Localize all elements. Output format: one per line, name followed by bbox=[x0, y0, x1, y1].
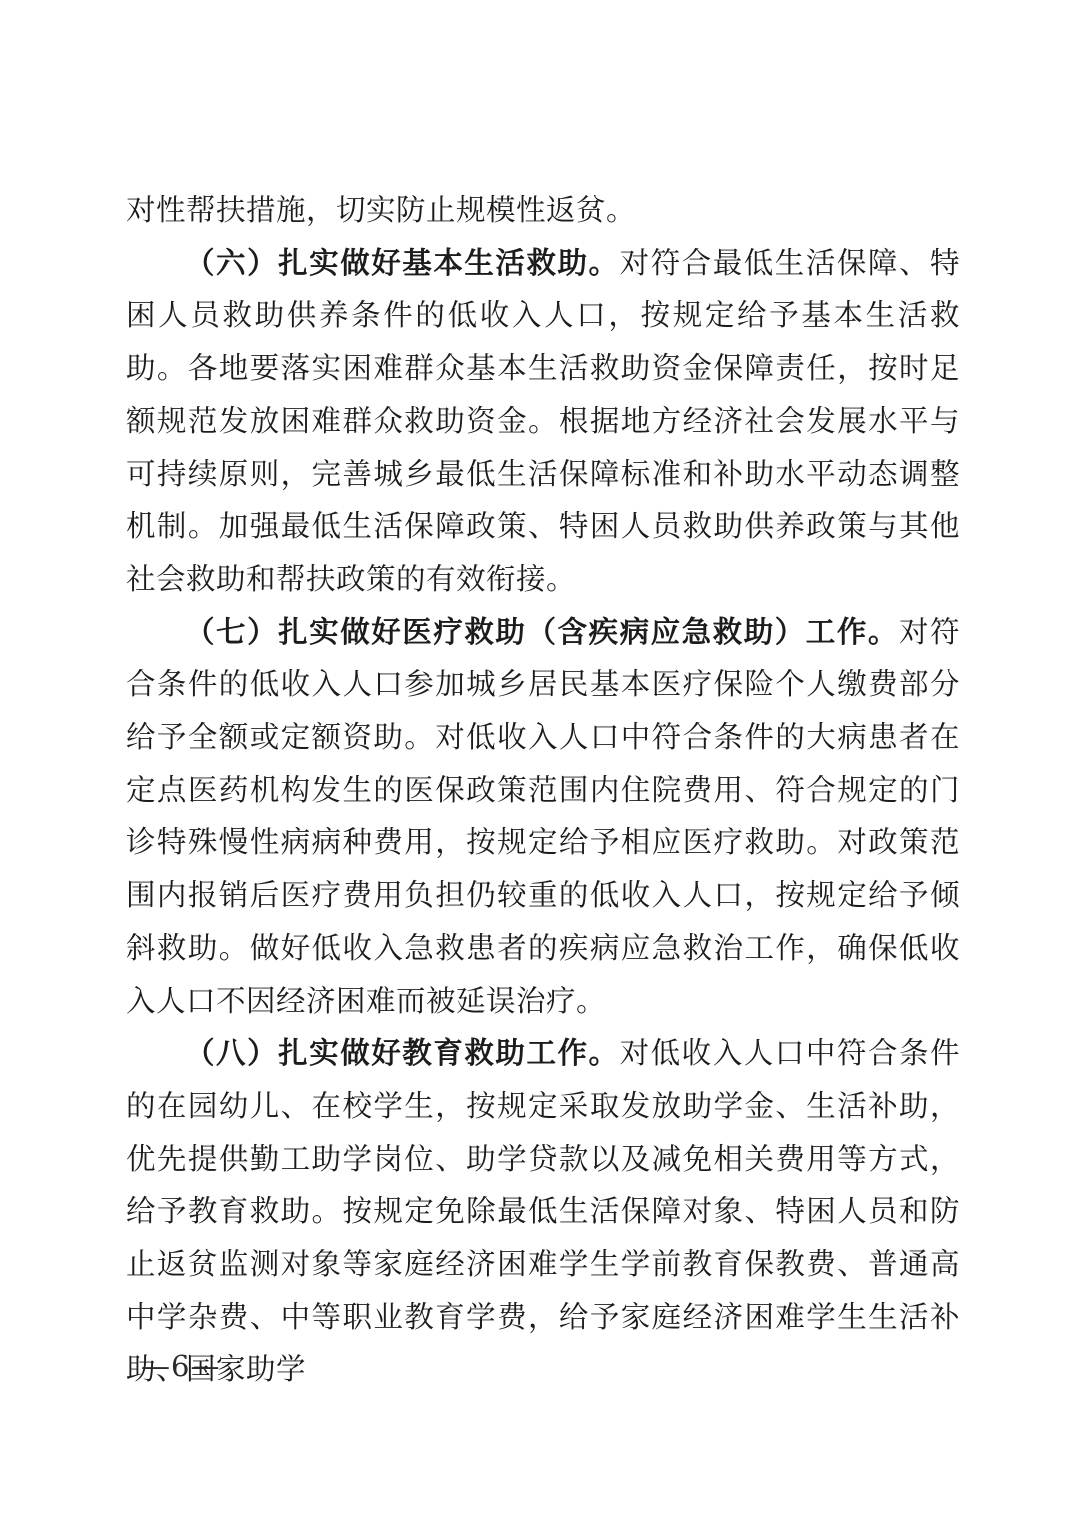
paragraph-heading: （八）扎实做好教育救助工作。 bbox=[185, 1035, 620, 1070]
paragraph-continuation: 对性帮扶措施，切实防止规模性返贫。 bbox=[126, 184, 960, 237]
paragraph-item-6: （六）扎实做好基本生活救助。对符合最低生活保障、特困人员救助供养条件的低收入人口… bbox=[126, 237, 960, 606]
paragraph-text: 对符合最低生活保障、特困人员救助供养条件的低收入人口，按规定给予基本生活救助。各… bbox=[126, 246, 960, 596]
paragraph-heading: （六）扎实做好基本生活救助。 bbox=[185, 245, 620, 280]
paragraph-text: 对符合条件的低收入人口参加城乡居民基本医疗保险个人缴费部分给予全额或定额资助。对… bbox=[126, 615, 960, 1018]
paragraph-heading: （七）扎实做好医疗救助（含疾病应急救助）工作。 bbox=[185, 614, 899, 649]
paragraph-text: 对性帮扶措施，切实防止规模性返贫。 bbox=[126, 193, 636, 227]
paragraph-item-8: （八）扎实做好教育救助工作。对低收入人口中符合条件的在园幼儿、在校学生，按规定采… bbox=[126, 1027, 960, 1396]
document-page: 对性帮扶措施，切实防止规模性返贫。 （六）扎实做好基本生活救助。对符合最低生活保… bbox=[0, 0, 1074, 1520]
paragraph-text: 对低收入人口中符合条件的在园幼儿、在校学生，按规定采取发放助学金、生活补助，优先… bbox=[126, 1036, 960, 1386]
paragraph-item-7: （七）扎实做好医疗救助（含疾病应急救助）工作。对符合条件的低收入人口参加城乡居民… bbox=[126, 606, 960, 1028]
page-number: —6— bbox=[141, 1349, 220, 1383]
document-body: 对性帮扶措施，切实防止规模性返贫。 （六）扎实做好基本生活救助。对符合最低生活保… bbox=[126, 184, 960, 1396]
